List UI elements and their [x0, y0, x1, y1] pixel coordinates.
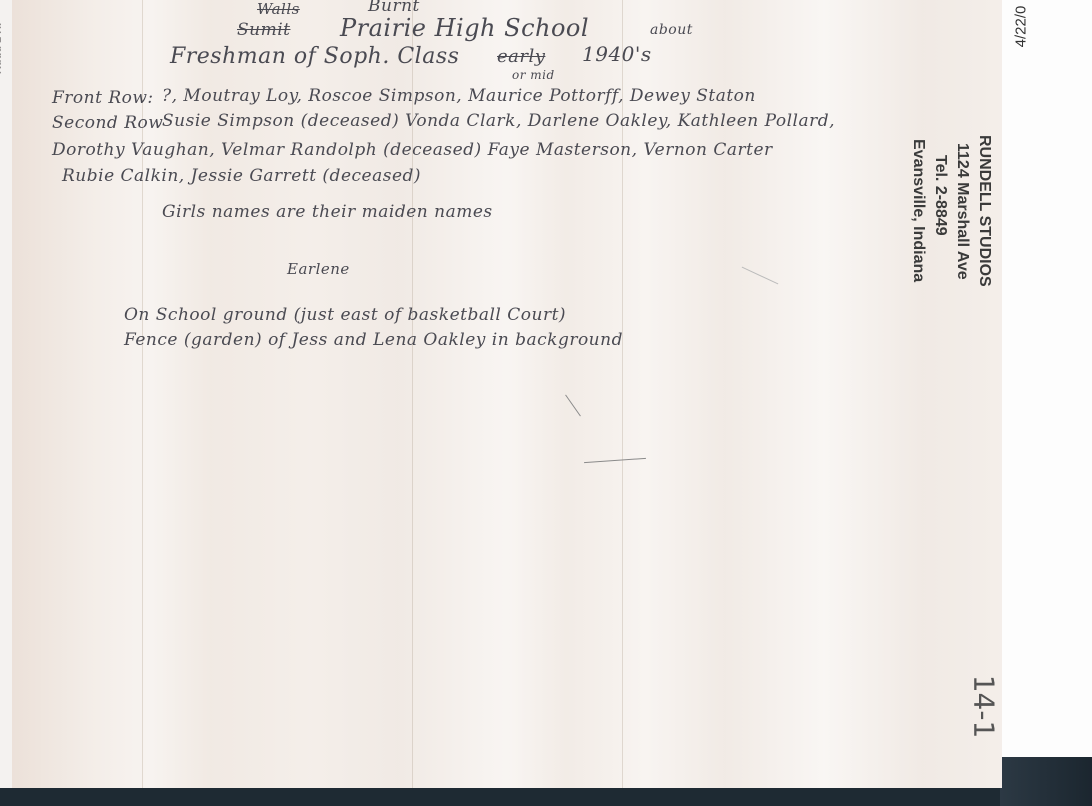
- row-names: Susie Simpson (deceased) Vonda Clark, Da…: [162, 111, 835, 131]
- pencil-mark: [565, 395, 581, 417]
- stamp-city: Evansville, Indiana: [909, 139, 927, 282]
- subtitle-insert: or mid: [512, 68, 555, 82]
- row-label: Front Row:: [52, 88, 154, 108]
- row-names: Dorothy Vaughan, Velmar Randolph (deceas…: [52, 140, 773, 160]
- note-title: Prairie High School: [340, 14, 589, 42]
- location-line: On School ground (just east of basketbal…: [124, 305, 566, 325]
- location-line: Fence (garden) of Jess and Lena Oakley i…: [124, 330, 623, 350]
- title-suffix: about: [650, 22, 693, 38]
- pencil-mark: [584, 458, 646, 463]
- note-subtitle: Freshman of Soph. Class: [170, 44, 459, 69]
- struck-word: Walls: [257, 0, 300, 18]
- struck-word: Sumit: [237, 20, 290, 40]
- pencil-mark: [742, 267, 779, 285]
- subtitle-year: 1940's: [582, 42, 652, 66]
- scan-background-right: [1000, 0, 1092, 757]
- scan-background-bottom: [0, 788, 1092, 806]
- studio-stamp: RUNDELL STUDIOS 1124 Marshall Ave Tel. 2…: [895, 135, 995, 335]
- stamp-address: 1124 Marshall Ave: [953, 143, 971, 280]
- signature: Earlene: [287, 260, 350, 278]
- struck-word: early: [497, 46, 545, 67]
- row-names: Rubie Calkin, Jessie Garrett (deceased): [62, 166, 421, 186]
- stamp-phone: Tel. 2-8849: [931, 155, 949, 236]
- page-number: 14-1: [967, 675, 1000, 739]
- scan-background-corner: [1000, 757, 1092, 806]
- stamp-studio: RUNDELL STUDIOS: [975, 135, 993, 287]
- photo-back-paper: Walls Sumit Burnt Prairie High School ab…: [12, 0, 1002, 788]
- scan-date: 4/22/0: [1012, 6, 1029, 48]
- maiden-note: Girls names are their maiden names: [162, 202, 493, 222]
- left-edge-text: Rudd 1 Hi: [0, 22, 4, 73]
- row-names: ?, Moutray Loy, Roscoe Simpson, Maurice …: [162, 86, 756, 106]
- row-label: Second Row: [52, 113, 163, 133]
